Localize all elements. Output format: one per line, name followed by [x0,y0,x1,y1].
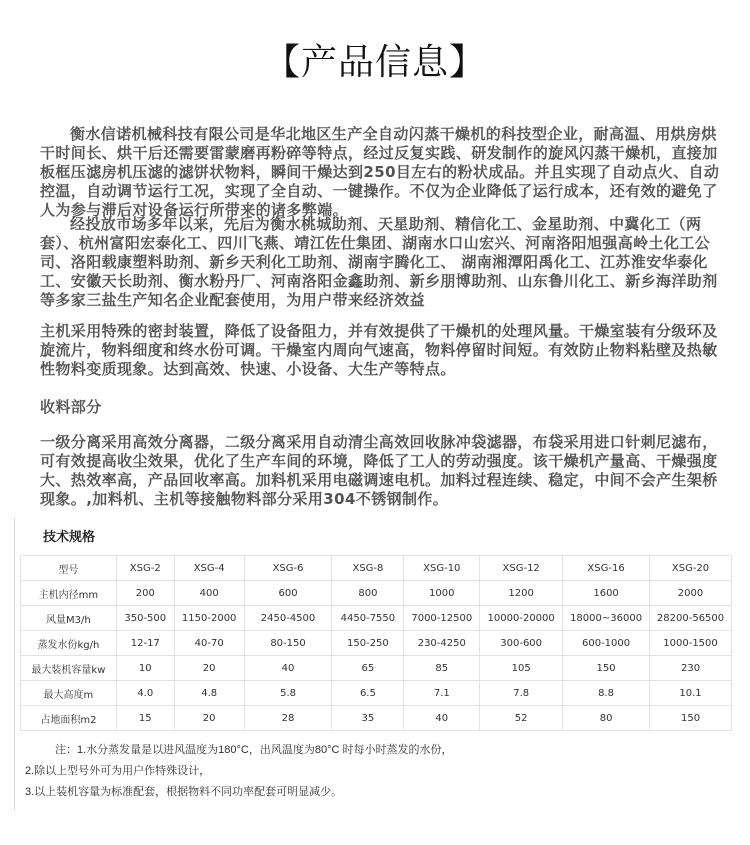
table-cell: 52 [480,706,563,731]
table-cell: XSG-20 [650,556,732,581]
table-cell: 65 [332,656,404,681]
table-cell: 800 [332,581,404,606]
table-cell: 10000-20000 [480,606,563,631]
table-cell: XSG-16 [563,556,650,581]
table-cell: 600 [244,581,332,606]
table-cell: 6.5 [332,681,404,706]
table-cell: 7000-12500 [404,606,480,631]
table-cell: 2450-4500 [244,606,332,631]
table-cell: 150 [563,656,650,681]
table-cell: 150-250 [332,631,404,656]
table-row: 主机内径mm2004006008001000120016002000 [21,581,732,606]
table-cell: 230 [650,656,732,681]
table-cell: 4.0 [116,681,174,706]
table-cell: 10 [116,656,174,681]
row-label-cell: 风量M3/h [21,606,117,631]
table-cell: 15 [116,706,174,731]
table-cell: 1600 [563,581,650,606]
table-cell: 350-500 [116,606,174,631]
table-cell: 40-70 [174,631,244,656]
table-cell: 18000~36000 [563,606,650,631]
table-cell: 600-1000 [563,631,650,656]
table-cell: 4.8 [174,681,244,706]
intro-paragraph: 衡水信诺机械科技有限公司是华北地区生产全自动闪蒸干燥机的科技型企业，耐高温、用烘… [40,125,720,220]
table-cell: 12-17 [116,631,174,656]
table-cell: XSG-4 [174,556,244,581]
note-3: 3.以上装机容量为标准配套，根据物料不同功率配套可明显减少。 [25,782,725,803]
table-cell: 2000 [650,581,732,606]
table-cell: XSG-10 [404,556,480,581]
spec-table: 型号XSG-2XSG-4XSG-6XSG-8XSG-10XSG-12XSG-16… [20,555,732,731]
table-cell: 80-150 [244,631,332,656]
table-cell: 85 [404,656,480,681]
table-cell: 1200 [480,581,563,606]
table-header-row: 型号XSG-2XSG-4XSG-6XSG-8XSG-10XSG-12XSG-16… [21,556,732,581]
table-cell: 400 [174,581,244,606]
table-cell: 28200-56500 [650,606,732,631]
collection-heading: 收料部分 [40,398,720,417]
table-cell: 20 [174,656,244,681]
table-cell: XSG-2 [116,556,174,581]
table-row: 最大装机容量kw1020406585105150230 [21,656,732,681]
spec-title: 技术规格 [43,526,95,545]
table-cell: 7.1 [404,681,480,706]
table-cell: 40 [404,706,480,731]
table-cell: 7.8 [480,681,563,706]
table-cell: 150 [650,706,732,731]
table-row: 风量M3/h350-5001150-20002450-45004450-7550… [21,606,732,631]
table-cell: 28 [244,706,332,731]
table-cell: 105 [480,656,563,681]
table-cell: XSG-12 [480,556,563,581]
table-cell: 80 [563,706,650,731]
spec-notes: 注：1.水分蒸发量是以进风温度为180°C，出风温度为80°C 时每小时蒸发的水… [25,740,725,803]
table-cell: 35 [332,706,404,731]
table-cell: 5.8 [244,681,332,706]
row-label-cell: 最大高度m [21,681,117,706]
table-row: 蒸发水份kg/h12-1740-7080-150150-250230-42503… [21,631,732,656]
table-cell: 200 [116,581,174,606]
table-cell: 230-4250 [404,631,480,656]
row-label-cell: 占地面积m2 [21,706,117,731]
table-cell: 8.8 [563,681,650,706]
table-cell: 300-600 [480,631,563,656]
table-cell: 4450-7550 [332,606,404,631]
table-cell: 10.1 [650,681,732,706]
row-label-cell: 主机内径mm [21,581,117,606]
spec-section: 技术规格 型号XSG-2XSG-4XSG-6XSG-8XSG-10XSG-12X… [14,518,735,810]
table-row: 占地面积m215202835405280150 [21,706,732,731]
row-label-cell: 型号 [21,556,117,581]
table-cell: 1000-1500 [650,631,732,656]
note-1: 注：1.水分蒸发量是以进风温度为180°C，出风温度为80°C 时每小时蒸发的水… [25,740,725,761]
table-cell: 20 [174,706,244,731]
collection-paragraph: 一级分离采用高效分离器，二级分离采用自动清尘高效回收脉冲袋滤器，布袋采用进口针刺… [40,433,720,509]
row-label-cell: 蒸发水份kg/h [21,631,117,656]
clients-paragraph: 经投放市场多年以来，先后为衡水桃城助剂、天星助剂、精信化工、金星助剂、中冀化工（… [40,215,720,310]
table-cell: 40 [244,656,332,681]
note-2: 2.除以上型号外可为用户作特殊设计， [25,761,725,782]
row-label-cell: 最大装机容量kw [21,656,117,681]
table-cell: XSG-6 [244,556,332,581]
main-unit-paragraph: 主机采用特殊的密封装置，降低了设备阻力，并有效提供了干燥机的处理风量。干燥室装有… [40,322,720,379]
table-cell: 1000 [404,581,480,606]
table-cell: XSG-8 [332,556,404,581]
table-row: 最大高度m4.04.85.86.57.17.88.810.1 [21,681,732,706]
table-cell: 1150-2000 [174,606,244,631]
page-title: 【产品信息】 [0,40,750,86]
